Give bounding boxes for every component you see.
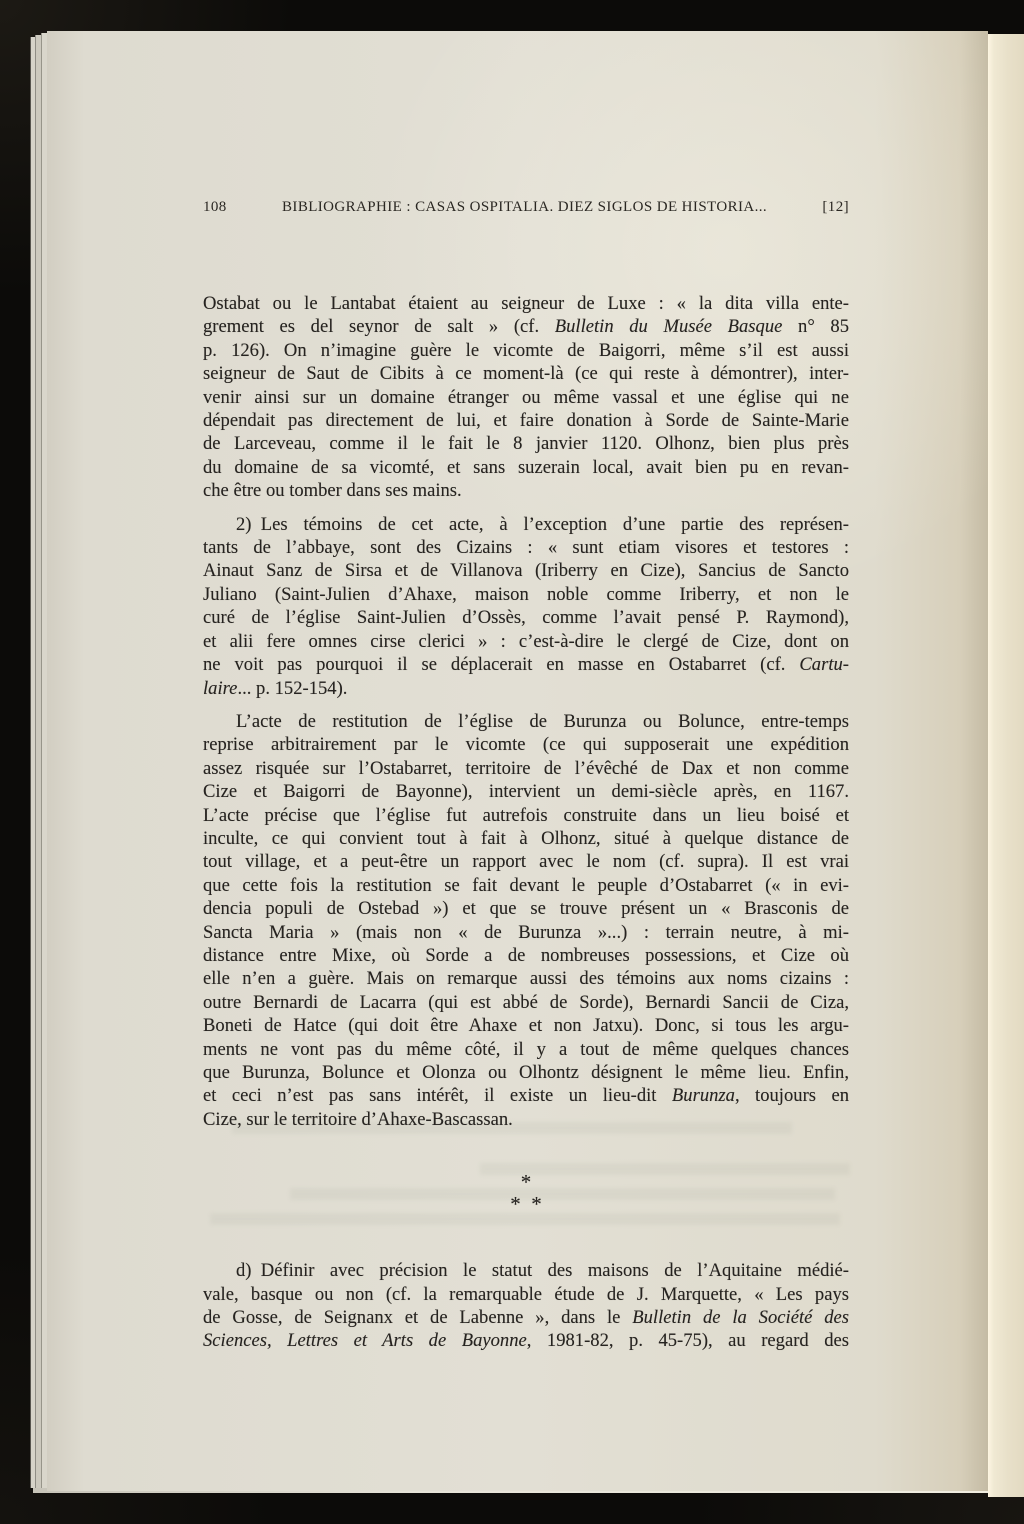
text-line: tout village, et a peut-être un rapport … bbox=[203, 850, 849, 873]
text-line: Cize, sur le territoire d’Ahaxe-Bascassa… bbox=[203, 1108, 849, 1131]
paragraph: 2) Les témoins de cet acte, à l’exceptio… bbox=[203, 513, 849, 700]
text-line: 2) Les témoins de cet acte, à l’exceptio… bbox=[203, 513, 849, 536]
text-line: de Gosse, de Seignanx et de Labenne », d… bbox=[203, 1306, 849, 1329]
text-line: et alii fere omnes cirse clerici » : c’e… bbox=[203, 630, 849, 653]
text-line: ne voit pas pourquoi il se déplacerait e… bbox=[203, 653, 849, 676]
paragraph: Ostabat ou le Lantabat étaient au seigne… bbox=[203, 292, 849, 503]
text-line: Juliano (Saint-Julien d’Ahaxe, maison no… bbox=[203, 583, 849, 606]
text-line: che être ou tomber dans ses mains. bbox=[203, 479, 849, 502]
text-line: Sciences, Lettres et Arts de Bayonne, 19… bbox=[203, 1329, 849, 1352]
paragraph: d) Définir avec précision le statut des … bbox=[203, 1259, 849, 1353]
text-line: dencia populi de Ostebad ») et que se tr… bbox=[203, 897, 849, 920]
text-line: d) Définir avec précision le statut des … bbox=[203, 1259, 849, 1282]
text-line: L’acte de restitution de l’église de Bur… bbox=[203, 710, 849, 733]
running-title: BIBLIOGRAPHIE : CASAS OSPITALIA. DIEZ SI… bbox=[227, 199, 823, 216]
text-line: reprise arbitrairement par le vicomte (c… bbox=[203, 733, 849, 756]
text-line: seigneur de Saut de Cibits à ce moment-l… bbox=[203, 362, 849, 385]
text-line: et ceci n’est pas sans intérêt, il exist… bbox=[203, 1084, 849, 1107]
text-line: assez risquée sur l’Ostabarret, territoi… bbox=[203, 757, 849, 780]
facing-page-edge bbox=[988, 34, 1024, 1497]
text-line: outre Bernardi de Lacarra (qui est abbé … bbox=[203, 991, 849, 1014]
running-header: 108 BIBLIOGRAPHIE : CASAS OSPITALIA. DIE… bbox=[203, 199, 849, 216]
text-line: Ainaut Sanz de Sirsa et de Villanova (Ir… bbox=[203, 559, 849, 582]
text-line: laire... p. 152-154). bbox=[203, 677, 849, 700]
text-line: que Burunza, Bolunce et Olonza ou Olhont… bbox=[203, 1061, 849, 1084]
text-line: que cette fois la restitution se fait de… bbox=[203, 874, 849, 897]
page-number: 108 bbox=[203, 199, 227, 216]
text-line: Cize et Baigorri de Bayonne), intervient… bbox=[203, 780, 849, 803]
text-line: Boneti de Hatce (qui doit être Ahaxe et … bbox=[203, 1014, 849, 1037]
text-line: curé de l’église Saint-Julien d’Ossès, c… bbox=[203, 606, 849, 629]
asterism-line-1: * bbox=[203, 1171, 849, 1193]
text-line: Ostabat ou le Lantabat étaient au seigne… bbox=[203, 292, 849, 315]
text-line: inculte, ce qui convient tout à fait à O… bbox=[203, 827, 849, 850]
body-text: Ostabat ou le Lantabat étaient au seigne… bbox=[203, 292, 849, 1353]
text-line: L’acte précise que l’église fut autrefoi… bbox=[203, 804, 849, 827]
text-line: de Larceveau, comme il le fait le 8 janv… bbox=[203, 432, 849, 455]
paragraph: L’acte de restitution de l’église de Bur… bbox=[203, 710, 849, 1131]
text-line: distance entre Mixe, où Sorde a de nombr… bbox=[203, 944, 849, 967]
text-line: du domaine de sa vicomté, et sans suzera… bbox=[203, 456, 849, 479]
asterism-line-2: * * bbox=[203, 1193, 849, 1215]
text-line: dépendait pas directement de lui, et fai… bbox=[203, 409, 849, 432]
book-photo: 108 BIBLIOGRAPHIE : CASAS OSPITALIA. DIE… bbox=[0, 0, 1024, 1524]
article-ref: [12] bbox=[822, 199, 849, 216]
text-line: tants de l’abbaye, sont des Cizains : « … bbox=[203, 536, 849, 559]
text-line: p. 126). On n’imagine guère le vicomte d… bbox=[203, 339, 849, 362]
text-line: Sancta Maria » (mais non « de Burunza ».… bbox=[203, 921, 849, 944]
book-page: 108 BIBLIOGRAPHIE : CASAS OSPITALIA. DIE… bbox=[47, 31, 988, 1491]
asterism-separator: ** * bbox=[203, 1171, 849, 1215]
text-line: grement es del seynor de salt » (cf. Bul… bbox=[203, 315, 849, 338]
text-line: vale, basque ou non (cf. la remarquable … bbox=[203, 1283, 849, 1306]
text-line: venir ainsi sur un domaine étranger ou m… bbox=[203, 386, 849, 409]
text-line: ments ne vont pas du même côté, il y a t… bbox=[203, 1038, 849, 1061]
text-line: elle n’en a guère. Mais on remarque auss… bbox=[203, 967, 849, 990]
